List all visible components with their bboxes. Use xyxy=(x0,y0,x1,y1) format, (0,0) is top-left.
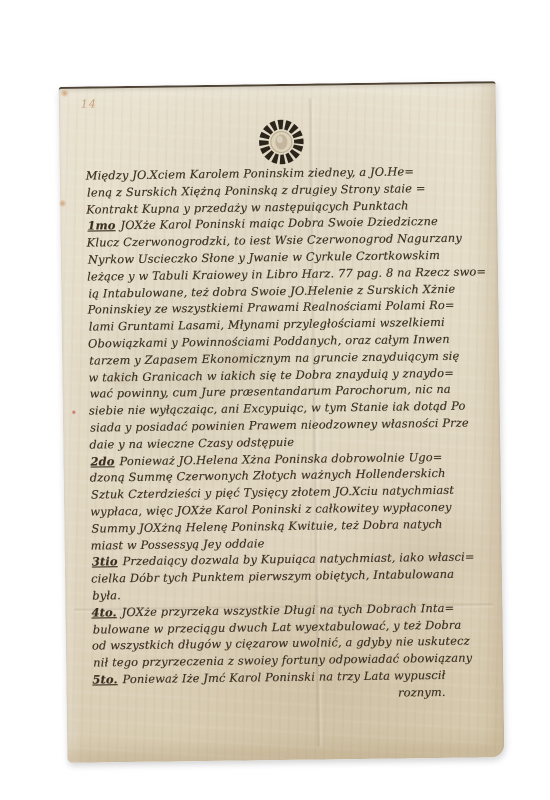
manuscript-line-text: Ponieważ Iże Jmć Karol Poninski na trzy … xyxy=(122,668,445,686)
folio-number: 14 xyxy=(81,97,97,110)
item-marker-4to: 4to. xyxy=(91,605,116,619)
rust-stain xyxy=(60,90,70,97)
item-marker-3tio: 3tio xyxy=(92,554,118,568)
manuscript-text: Między JO.Xciem Karolem Poninskim ziedne… xyxy=(86,162,500,705)
manuscript-line-text: JOXże przyrzeka wszystkie Długi na tych … xyxy=(122,600,455,618)
rust-stain xyxy=(59,199,66,208)
seal-ring-icon xyxy=(257,118,306,167)
document-photo: 14 Między JO.Xciem Karolem Poninskim zie… xyxy=(0,0,550,800)
red-ink-dot xyxy=(72,410,76,415)
manuscript-page: 14 Między JO.Xciem Karolem Poninskim zie… xyxy=(59,81,505,763)
embossed-paper-seal xyxy=(257,118,306,167)
item-marker-1mo: 1mo xyxy=(87,219,115,233)
item-marker-2do: 2do xyxy=(90,454,114,468)
item-marker-5to: 5to. xyxy=(92,672,117,686)
